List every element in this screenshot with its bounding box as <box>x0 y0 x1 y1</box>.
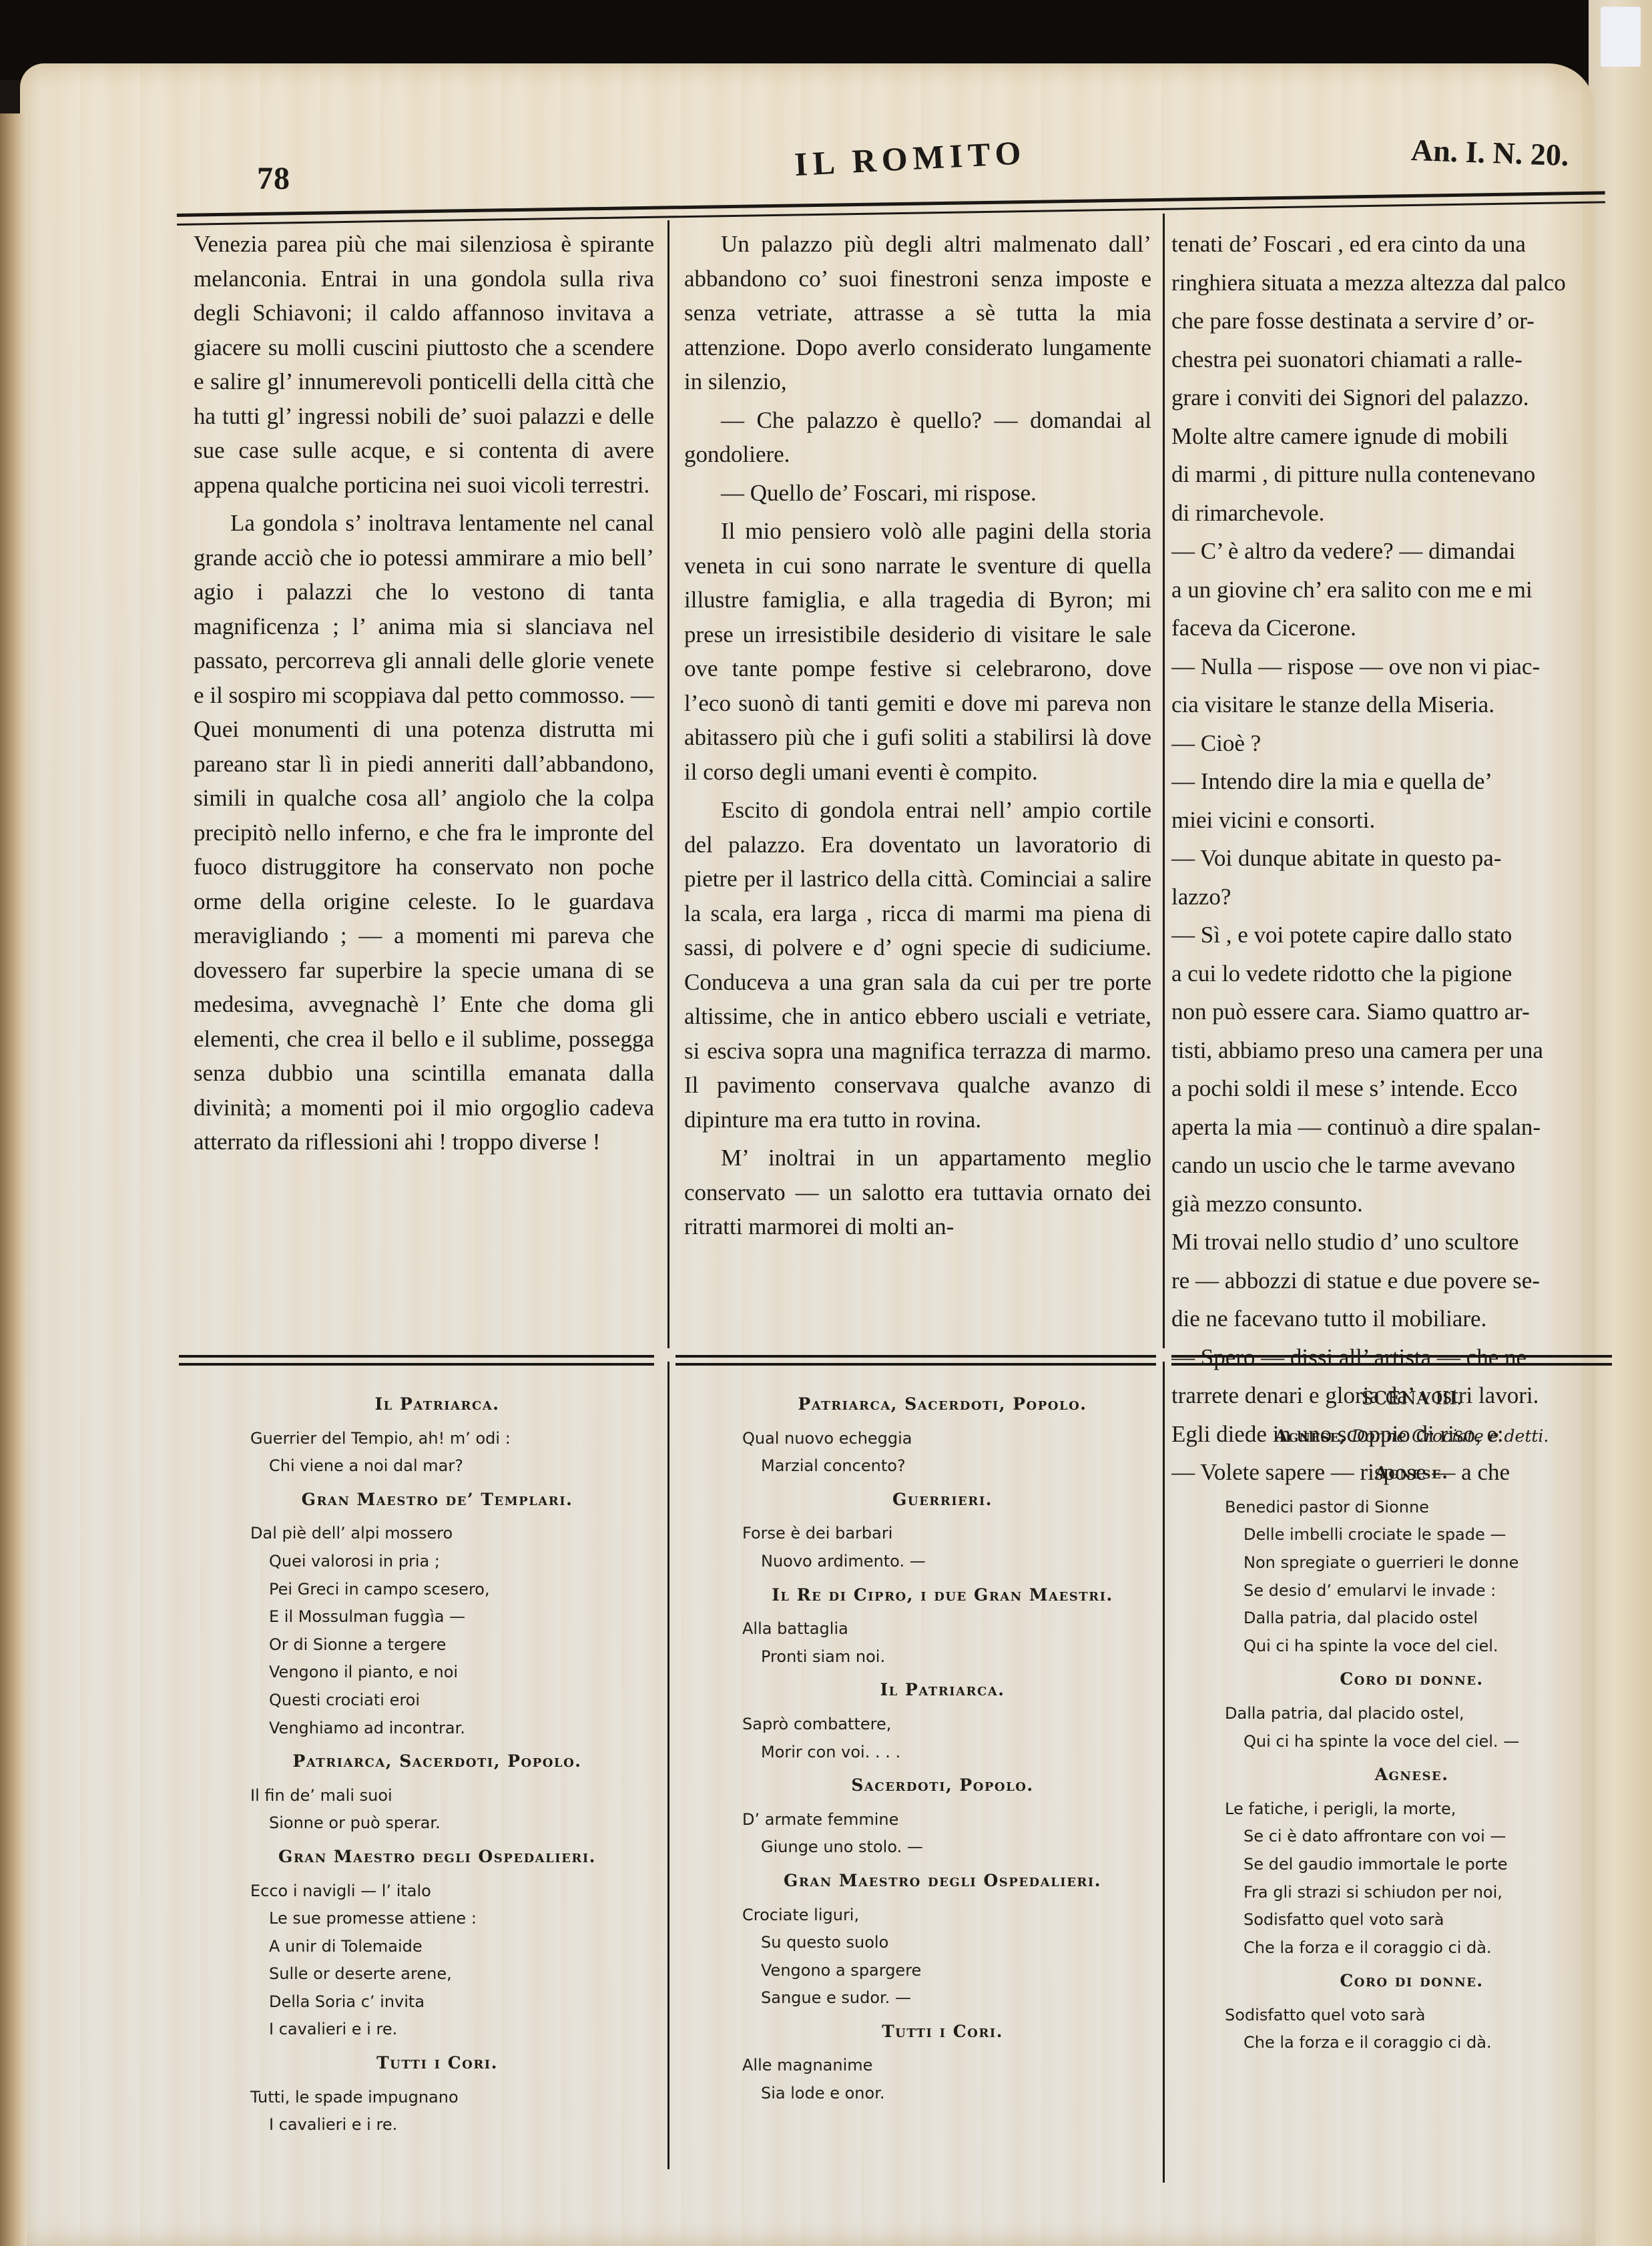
stage-direction-character: Agnese, <box>1275 1426 1346 1446</box>
verse-line: Sulle or deserte arene, <box>250 1960 624 1988</box>
verse-line: Questi crociati eroi <box>250 1687 624 1715</box>
text-line: non può essere cara. Siamo quattro ar- <box>1171 995 1605 1029</box>
verse-line: D’ armate femmine <box>742 1806 1143 1834</box>
text-line: chestra pei suonatori chiamati a ralle- <box>1171 342 1605 377</box>
verse-line: Le sue promesse attiene : <box>250 1905 624 1933</box>
text-line: tenati de’ Foscari , ed era cinto da una <box>1171 227 1605 262</box>
verse-line: Vengono il pianto, e noi <box>250 1659 624 1687</box>
verse-line: Pei Greci in campo scesero, <box>250 1576 624 1604</box>
text-line: re — abbozzi di statue e due povere se- <box>1171 1264 1605 1298</box>
stage-direction-text: Donne Crociate e detti. <box>1352 1426 1549 1446</box>
text-line: Mi trovai nello studio d’ uno scultore <box>1171 1225 1605 1259</box>
verse-line: Le fatiche, i perigli, la morte, <box>1225 1795 1599 1823</box>
verse-line: Sia lode e onor. <box>742 2080 1143 2108</box>
paragraph: Un palazzo più degli altri malmenato dal… <box>684 227 1151 399</box>
publication-title: IL ROMITO <box>794 133 1027 184</box>
speaker-label: Il Re di Cipro, i due Gran Maestri. <box>742 1581 1143 1609</box>
verse-line: I cavalieri e i re. <box>250 2016 624 2044</box>
verse-line: Forse è dei barbari <box>742 1520 1143 1548</box>
text-line: aperta la mia — continuò a dire spalan- <box>1171 1110 1605 1145</box>
speaker-label: Agnese. <box>1225 1459 1599 1487</box>
speaker-label: Tutti i Cori. <box>250 2049 624 2077</box>
speaker-label: Tutti i Cori. <box>742 2018 1143 2046</box>
verse-line: Saprò combattere, <box>742 1711 1143 1739</box>
verse-line: Giunge uno stolo. — <box>742 1834 1143 1862</box>
text-line: a pochi soldi il mese s’ intende. Ecco <box>1171 1071 1605 1106</box>
text-line: lazzo? <box>1171 880 1605 914</box>
libretto-column-1: Il Patriarca. Guerrier del Tempio, ah! m… <box>250 1385 624 2139</box>
speaker-label: Gran Maestro de’ Templari. <box>250 1486 624 1514</box>
verse-line: Ecco i navigli — l’ italo <box>250 1878 624 1906</box>
paragraph: Il mio pensiero volò alle pagini della s… <box>684 514 1151 789</box>
speaker-label: Il Patriarca. <box>742 1676 1143 1704</box>
verse-line: Alle magnanime <box>742 2052 1143 2080</box>
verse-line: Marzial concento? <box>742 1452 1143 1480</box>
verse-line: Non spregiate o guerrieri le donne <box>1225 1549 1599 1577</box>
page-number: 78 <box>257 160 290 197</box>
verse-line: Sodisfatto quel voto sarà <box>1225 1906 1599 1934</box>
text-line: cando un uscio che le tarme avevano <box>1171 1148 1605 1183</box>
text-line: a un giovine ch’ era salito con me e mi <box>1171 573 1605 607</box>
column-divider <box>1163 1362 1165 2183</box>
text-line: grare i conviti dei Signori del palazzo. <box>1171 380 1605 415</box>
verse-line: Or di Sionne a tergere <box>250 1631 624 1659</box>
text-line: ringhiera situata a mezza altezza dal pa… <box>1171 266 1605 300</box>
verse-line: Dal piè dell’ alpi mossero <box>250 1520 624 1548</box>
verse-line: Morir con voi. . . . <box>742 1739 1143 1767</box>
paragraph: M’ inoltrai in un appartamento meglio co… <box>684 1141 1151 1244</box>
speaker-label: Il Patriarca. <box>250 1390 624 1418</box>
verse-line: Che la forza e il coraggio ci dà. <box>1225 2029 1599 2057</box>
verse-line: E il Mossulman fuggìa — <box>250 1603 624 1631</box>
speaker-label: Gran Maestro degli Ospedalieri. <box>250 1843 624 1871</box>
text-line: — Cioè ? <box>1171 726 1605 761</box>
verse-line: Dalla patria, dal placido ostel, <box>1225 1700 1599 1728</box>
verse-line: Se del gaudio immortale le porte <box>1225 1851 1599 1879</box>
verse-line: Su questo suolo <box>742 1929 1143 1957</box>
section-double-rule <box>675 1355 1156 1366</box>
libretto-column-3: SCENA III. Agnese, Donne Crociate e dett… <box>1225 1385 1599 2057</box>
verse-line: Crociate liguri, <box>742 1902 1143 1930</box>
speaker-label: Gran Maestro degli Ospedalieri. <box>742 1867 1143 1895</box>
speaker-label: Coro di donne. <box>1225 1665 1599 1693</box>
text-line: miei vicini e consorti. <box>1171 803 1605 838</box>
verse-line: Nuovo ardimento. — <box>742 1548 1143 1576</box>
verse-line: Qui ci ha spinte la voce del ciel. <box>1225 1633 1599 1661</box>
paragraph: La gondola s’ inoltrava lentamente nel c… <box>194 506 654 1159</box>
text-line: Molte altre camere ignude di mobili <box>1171 419 1605 454</box>
verse-line: Tutti, le spade impugnano <box>250 2084 624 2112</box>
verse-line: Fra gli strazi si schiudon per noi, <box>1225 1879 1599 1907</box>
verse-line: Se desio d’ emularvi le invade : <box>1225 1577 1599 1605</box>
verse-line: Quei valorosi in pria ; <box>250 1548 624 1576</box>
verse-line: Sionne or può sperar. <box>250 1809 624 1838</box>
verse-line: Chi viene a noi dal mar? <box>250 1452 624 1480</box>
text-line: di marmi , di pitture nulla contenevano <box>1171 457 1605 492</box>
text-line: cia visitare le stanze della Miseria. <box>1171 687 1605 722</box>
text-line: — Sì , e voi potete capire dallo stato <box>1171 918 1605 952</box>
text-line: — C’ è altro da vedere? — dimandai <box>1171 534 1605 569</box>
verse-line: Se ci è dato affrontare con voi — <box>1225 1823 1599 1851</box>
paragraph: Escito di gondola entrai nell’ ampio cor… <box>684 793 1151 1137</box>
verse-line: I cavalieri e i re. <box>250 2111 624 2139</box>
verse-line: Della Soria c’ invita <box>250 1988 624 2016</box>
text-line: di rimarchevole. <box>1171 496 1605 531</box>
dialogue-line: — Quello de’ Foscari, mi rispose. <box>684 476 1151 511</box>
speaker-label: Coro di donne. <box>1225 1967 1599 1995</box>
verse-line: Dalla patria, dal placido ostel <box>1225 1605 1599 1633</box>
section-double-rule <box>179 1355 654 1366</box>
verse-line: Sodisfatto quel voto sarà <box>1225 2002 1599 2030</box>
verse-line: Benedici pastor di Sionne <box>1225 1494 1599 1522</box>
article-column-3: tenati de’ Foscari , ed era cinto da una… <box>1171 227 1605 1490</box>
speaker-label: Patriarca, Sacerdoti, Popolo. <box>250 1747 624 1775</box>
verse-line: Sangue e sudor. — <box>742 1984 1143 2012</box>
verse-line: Che la forza e il coraggio ci dà. <box>1225 1934 1599 1962</box>
speaker-label: Patriarca, Sacerdoti, Popolo. <box>742 1390 1143 1418</box>
text-line: già mezzo consunto. <box>1171 1187 1605 1221</box>
verse-line: Pronti siam noi. <box>742 1643 1143 1671</box>
text-line: a cui lo vedete ridotto che la pigione <box>1171 956 1605 991</box>
paper-tab <box>1601 7 1641 67</box>
paragraph: Venezia parea più che mai silenziosa è s… <box>194 227 654 502</box>
text-line: faceva da Cicerone. <box>1171 611 1605 645</box>
speaker-label: Agnese. <box>1225 1761 1599 1789</box>
text-line: — Voi dunque abitate in questo pa- <box>1171 841 1605 876</box>
issue-number: An. I. N. 20. <box>1410 132 1569 173</box>
verse-line: Qual nuovo echeggia <box>742 1425 1143 1453</box>
verse-line: Il fin de’ mali suoi <box>250 1782 624 1810</box>
text-line: — Intendo dire la mia e quella de’ <box>1171 764 1605 799</box>
column-divider <box>667 1362 669 2169</box>
section-double-rule <box>1171 1355 1612 1366</box>
text-line: che pare fosse destinata a servire d’ or… <box>1171 304 1605 338</box>
stage-direction: Agnese, Donne Crociate e detti. <box>1225 1422 1599 1450</box>
text-line: die ne facevano tutto il mobiliare. <box>1171 1302 1605 1336</box>
libretto-column-2: Patriarca, Sacerdoti, Popolo. Qual nuovo… <box>742 1385 1143 2108</box>
article-column-1: Venezia parea più che mai silenziosa è s… <box>194 227 654 1159</box>
speaker-label: Guerrieri. <box>742 1486 1143 1514</box>
column-divider <box>1163 214 1165 1348</box>
scene-heading: SCENA III. <box>1225 1385 1599 1413</box>
binding-edge <box>0 113 27 2246</box>
verse-line: Guerrier del Tempio, ah! m’ odi : <box>250 1425 624 1453</box>
article-column-2: Un palazzo più degli altri malmenato dal… <box>684 227 1151 1244</box>
dialogue-line: — Che palazzo è quello? — domandai al go… <box>684 403 1151 472</box>
verse-line: A unir di Tolemaide <box>250 1933 624 1961</box>
text-line: tisti, abbiamo preso una camera per una <box>1171 1033 1605 1068</box>
verse-line: Qui ci ha spinte la voce del ciel. — <box>1225 1728 1599 1756</box>
text-line: — Nulla — rispose — ove non vi piac- <box>1171 649 1605 684</box>
verse-line: Alla battaglia <box>742 1615 1143 1643</box>
column-divider <box>667 220 669 1348</box>
verse-line: Venghiamo ad incontrar. <box>250 1715 624 1743</box>
speaker-label: Sacerdoti, Popolo. <box>742 1771 1143 1799</box>
verse-line: Delle imbelli crociate le spade — <box>1225 1521 1599 1549</box>
verse-line: Vengono a spargere <box>742 1957 1143 1985</box>
